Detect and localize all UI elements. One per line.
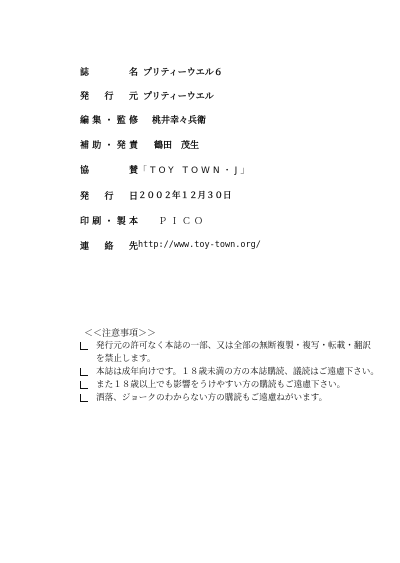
colophon-row-editor: 編集・監修 桃井幸々兵衛 (80, 112, 206, 126)
value-date: ２００２年１２月３０日 (138, 189, 232, 201)
notice-text-continued: を禁止します。 (96, 353, 155, 366)
label-sponsor: 協 賛 (80, 163, 138, 176)
value-editor: 桃井幸々兵衛 (152, 113, 206, 126)
colophon-row-publisher: 発 行 元 プリティーウエル (80, 88, 214, 102)
value-assistant: 鶴田 茂生 (154, 138, 199, 151)
colophon-row-date: 発 行 日 ２００２年１２月３０日 (80, 188, 232, 202)
label-date: 発 行 日 (80, 189, 138, 202)
value-sponsor: 「TOY TOWN・J」 (138, 163, 252, 176)
notice-text: 本誌は成年向けです。１８歳未満の方の本誌購読、議読はご遠慮下さい。 (96, 366, 379, 379)
notice-text: 発行元の許可なく本誌の一部、又は全部の無断複製・複写・転載・翻訳 (96, 340, 371, 353)
label-contact: 連 絡 先 (80, 239, 138, 252)
colophon-row-contact: 連 絡 先 http://www.toy-town.org/ (80, 238, 261, 252)
label-title: 誌 名 (80, 65, 138, 78)
value-printer: ＰＩＣＯ (158, 214, 206, 227)
label-publisher: 発 行 元 (80, 89, 138, 102)
colophon: 誌 名 プリティーウエル６ 発 行 元 プリティーウエル 編集・監修 桃井幸々兵… (0, 0, 400, 300)
label-editor: 編集・監修 (80, 113, 138, 126)
colophon-row-sponsor: 協 賛 「TOY TOWN・J」 (80, 162, 252, 176)
colophon-row-printer: 印刷・製本 ＰＩＣＯ (80, 213, 206, 227)
contact-url[interactable]: http://www.toy-town.org/ (138, 240, 261, 250)
checkbox-icon (80, 342, 88, 350)
checkbox-icon (80, 381, 88, 389)
checkbox-icon (80, 394, 88, 402)
label-assistant: 補助・発責 (80, 138, 138, 151)
checkbox-icon (80, 368, 88, 376)
notice-text: また１８歳以上でも影響をうけやすい方の購読もご遠慮下さい。 (96, 379, 345, 392)
notice-text: 洒落、ジョークのわからない方の購読もご遠慮ねがいます。 (96, 392, 327, 405)
value-publisher: プリティーウエル (143, 89, 214, 102)
label-printer: 印刷・製本 (80, 214, 138, 227)
colophon-row-title: 誌 名 プリティーウエル６ (80, 64, 223, 78)
value-title: プリティーウエル６ (143, 65, 223, 78)
notices-title: ＜＜注意事項＞＞ (84, 326, 156, 339)
colophon-row-assistant: 補助・発責 鶴田 茂生 (80, 137, 199, 151)
